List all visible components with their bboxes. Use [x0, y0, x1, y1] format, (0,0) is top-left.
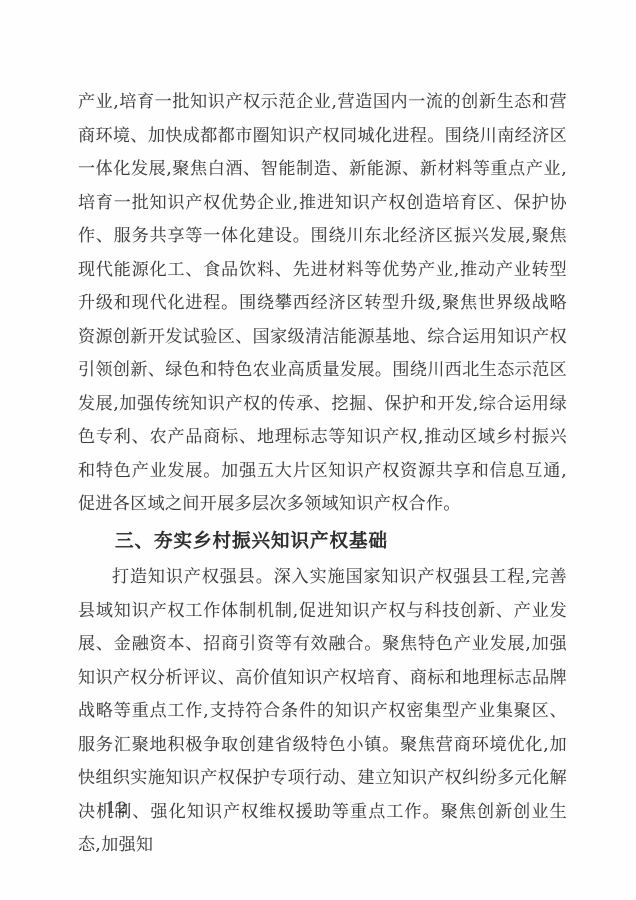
- page-number: 12: [106, 798, 128, 817]
- paragraph-two: 打造知识产权强县。深入实施国家知识产权强县工程,完善县域知识产权工作体制机制,促…: [78, 561, 567, 863]
- page-content: 产业,培育一批知识产权示范企业,营造国内一流的创新生态和营商环境、加快成都都市圈…: [78, 86, 567, 863]
- document-page: 产业,培育一批知识产权示范企业,营造国内一流的创新生态和营商环境、加快成都都市圈…: [0, 0, 636, 900]
- paragraph-continuation: 产业,培育一批知识产权示范企业,营造国内一流的创新生态和营商环境、加快成都都市圈…: [78, 86, 567, 522]
- section-heading: 三、夯实乡村振兴知识产权基础: [78, 525, 567, 559]
